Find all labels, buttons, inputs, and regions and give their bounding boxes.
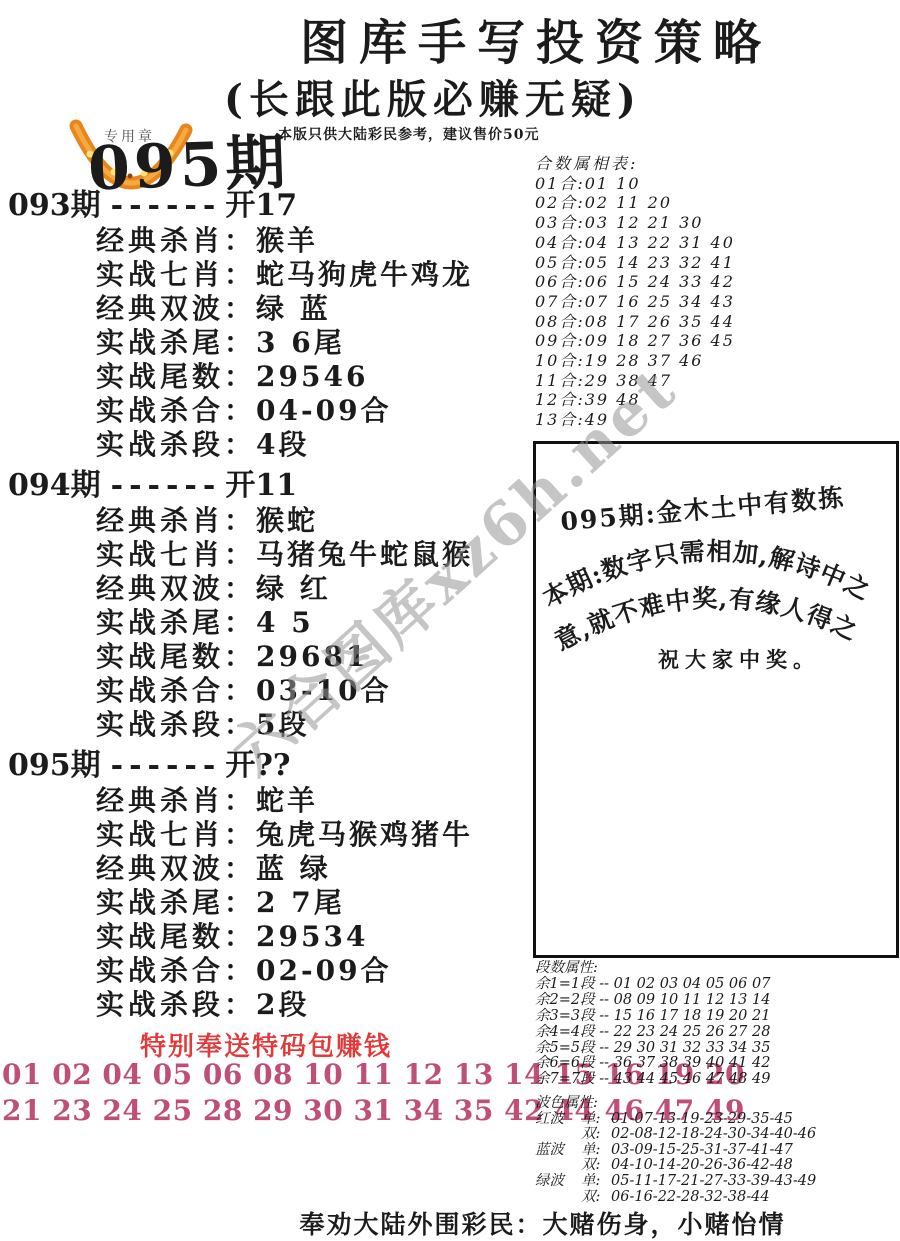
row-label: 实战杀段： (96, 428, 256, 461)
wave-table-row: 红波单:01-07-13-19-23-29-35-45 (535, 1112, 895, 1128)
row-value: 绿 蓝 (256, 292, 331, 325)
wave-parity: 单: (581, 1143, 611, 1159)
wave-table-row: 双:06-16-22-28-32-38-44 (535, 1190, 895, 1206)
row-value: 绿 红 (256, 572, 331, 605)
wave-name (535, 1158, 581, 1174)
period-row: 实战七肖：蛇马狗虎牛鸡龙 (96, 258, 532, 292)
row-label: 实战尾数： (96, 360, 256, 393)
row-value: 蓝 绿 (256, 852, 331, 885)
row-label: 实战杀合： (96, 674, 256, 707)
period-row: 实战七肖：兔虎马猴鸡猪牛 (96, 818, 532, 852)
wave-name: 绿波 (535, 1174, 581, 1190)
sum-table-row: 09合:09 18 27 36 45 (535, 331, 895, 351)
wish-text: 祝大家中奖。 (658, 644, 820, 674)
sum-table-row: 04合:04 13 22 31 40 (535, 233, 895, 253)
wave-color-table: 波色属性: 红波单:01-07-13-19-23-29-35-45 双:02-0… (535, 1096, 895, 1205)
period-block-094: 094期------开11 经典杀肖：猴蛇 实战七肖：马猪兔牛蛇鼠猴 经典双波：… (8, 468, 532, 742)
page-notice: 本版只供大陆彩民参考，建议售价50元 (278, 124, 539, 144)
row-label: 实战杀段： (96, 708, 256, 741)
period-no: 094期 (8, 468, 101, 503)
period-row: 实战杀段：4段 (96, 428, 532, 462)
period-row: 实战杀尾：3 6尾 (96, 326, 532, 360)
row-value: 04-09合 (256, 394, 392, 427)
periods-column: 093期------开17 经典杀肖：猴羊 实战七肖：蛇马狗虎牛鸡龙 经典双波：… (8, 188, 532, 1028)
sum-table-row: 01合:01 10 (535, 174, 895, 194)
row-value: 29546 (256, 360, 368, 393)
wave-name: 红波 (535, 1112, 581, 1128)
wave-numbers: 05-11-17-21-27-33-39-43-49 (611, 1174, 816, 1190)
row-value: 4 5 (256, 606, 314, 639)
period-row: 经典双波：绿 红 (96, 572, 532, 606)
sum-table-title: 合数属相表: (535, 154, 895, 174)
period-row: 实战杀合：04-09合 (96, 394, 532, 428)
row-label: 实战尾数： (96, 920, 256, 953)
segment-table-row: 余3=3段 -- 15 16 17 18 19 20 21 (535, 1009, 895, 1025)
sum-table-row: 13合:49 (535, 410, 895, 430)
wave-table-row: 双:04-10-14-20-26-36-42-48 (535, 1158, 895, 1174)
wave-numbers: 06-16-22-28-32-38-44 (611, 1190, 770, 1206)
wave-numbers: 03-09-15-25-31-37-41-47 (611, 1143, 793, 1159)
row-label: 经典双波： (96, 852, 256, 885)
row-label: 实战杀尾： (96, 886, 256, 919)
segment-table-row: 余1=1段 -- 01 02 03 04 05 06 07 (535, 977, 895, 993)
wave-name: 蓝波 (535, 1143, 581, 1159)
row-label: 实战杀尾： (96, 606, 256, 639)
wave-table-row: 蓝波单:03-09-15-25-31-37-41-47 (535, 1143, 895, 1159)
sum-zodiac-table: 合数属相表: 01合:01 10 02合:02 11 20 03合:03 12 … (535, 154, 895, 430)
row-value: 马猪兔牛蛇鼠猴 (256, 538, 473, 571)
row-label: 经典杀肖： (96, 504, 256, 537)
period-row: 经典杀肖：蛇羊 (96, 784, 532, 818)
period-no: 093期 (8, 188, 101, 223)
row-label: 经典杀肖： (96, 784, 256, 817)
period-row: 实战杀尾：2 7尾 (96, 886, 532, 920)
row-value: 4段 (256, 428, 309, 461)
period-row: 实战杀合：02-09合 (96, 954, 532, 988)
period-row: 实战杀合：03-10合 (96, 674, 532, 708)
period-row: 实战七肖：马猪兔牛蛇鼠猴 (96, 538, 532, 572)
sum-table-row: 12合:39 48 (535, 390, 895, 410)
period-dashes: ------ (111, 748, 222, 783)
sum-table-row: 11合:29 38 47 (535, 371, 895, 391)
period-row: 经典双波：绿 蓝 (96, 292, 532, 326)
segment-table-row: 余7=7段 -- 43 44 45 46 47 48 49 (535, 1072, 895, 1088)
row-label: 经典双波： (96, 572, 256, 605)
row-label: 经典双波： (96, 292, 256, 325)
period-row: 实战尾数：29681 (96, 640, 532, 674)
period-row: 经典杀肖：猴羊 (96, 224, 532, 258)
row-value: 29534 (256, 920, 368, 953)
wave-parity: 单: (581, 1174, 611, 1190)
row-label: 实战七肖： (96, 538, 256, 571)
current-issue-number: 095期 (87, 115, 291, 208)
wave-parity: 单: (581, 1112, 611, 1128)
wave-table-row: 绿波单:05-11-17-21-27-33-39-43-49 (535, 1174, 895, 1190)
period-header: 095期------开?? (8, 748, 532, 784)
row-label: 经典杀肖： (96, 224, 256, 257)
segment-table-row: 余2=2段 -- 08 09 10 11 12 13 14 (535, 993, 895, 1009)
period-result: 开?? (225, 748, 290, 783)
sum-table-row: 03合:03 12 21 30 (535, 213, 895, 233)
period-row: 实战杀段：5段 (96, 708, 532, 742)
segment-attribute-table: 段数属性: 余1=1段 -- 01 02 03 04 05 06 07 余2=2… (535, 961, 895, 1088)
hint-box: 本期:数字只需相加,解诗中之 意,就不难中奖,有缘人得之 095期:金木土中有数… (533, 441, 899, 958)
period-row: 经典杀肖：猴蛇 (96, 504, 532, 538)
sum-table-row: 07合:07 16 25 34 43 (535, 292, 895, 312)
segment-table-row: 余6=6段 -- 36 37 38 39 40 41 42 (535, 1056, 895, 1072)
row-label: 实战杀合： (96, 954, 256, 987)
period-row: 实战杀尾：4 5 (96, 606, 532, 640)
row-label: 实战杀合： (96, 394, 256, 427)
row-value: 2 7尾 (256, 886, 345, 919)
period-no: 095期 (8, 748, 101, 783)
sum-table-row: 02合:02 11 20 (535, 193, 895, 213)
wave-parity: 双: (581, 1127, 611, 1143)
wave-parity: 双: (581, 1158, 611, 1174)
period-row: 经典双波：蓝 绿 (96, 852, 532, 886)
row-value: 03-10合 (256, 674, 392, 707)
row-value: 猴羊 (256, 224, 318, 257)
sum-table-row: 06合:06 15 24 33 42 (535, 272, 895, 292)
row-label: 实战尾数： (96, 640, 256, 673)
period-block-093: 093期------开17 经典杀肖：猴羊 实战七肖：蛇马狗虎牛鸡龙 经典双波：… (8, 188, 532, 462)
sum-table-row: 05合:05 14 23 32 41 (535, 253, 895, 273)
lottery-tip-sheet: 六合图库xz6h.net 图库手写投资策略 (长跟此版必赚无疑) 本版只供大陆彩… (0, 0, 900, 1241)
row-value: 蛇羊 (256, 784, 318, 817)
advice-footer: 奉劝大陆外围彩民：大赌伤身，小赌怡情 (185, 1205, 900, 1241)
period-dashes: ------ (111, 468, 222, 503)
row-label: 实战杀段： (96, 988, 256, 1021)
wave-numbers: 04-10-14-20-26-36-42-48 (611, 1158, 793, 1174)
wave-table-row: 双:02-08-12-18-24-30-34-40-46 (535, 1127, 895, 1143)
row-value: 2段 (256, 988, 309, 1021)
wave-name (535, 1127, 581, 1143)
page-title: 图库手写投资策略 (300, 4, 820, 73)
wave-name (535, 1190, 581, 1206)
sum-table-row: 08合:08 17 26 35 44 (535, 312, 895, 332)
period-row: 实战尾数：29534 (96, 920, 532, 954)
wave-numbers: 01-07-13-19-23-29-35-45 (611, 1112, 793, 1128)
period-row: 实战尾数：29546 (96, 360, 532, 394)
wave-table-title: 波色属性: (535, 1096, 895, 1112)
row-value: 蛇马狗虎牛鸡龙 (256, 258, 473, 291)
period-row: 实战杀段：2段 (96, 988, 532, 1022)
gift-numbers-line-2: 21 23 24 25 28 29 30 31 34 35 42 44 46 4… (2, 1094, 530, 1127)
row-value: 5段 (256, 708, 309, 741)
period-block-095: 095期------开?? 经典杀肖：蛇羊 实战七肖：兔虎马猴鸡猪牛 经典双波：… (8, 748, 532, 1022)
wave-numbers: 02-08-12-18-24-30-34-40-46 (611, 1127, 816, 1143)
period-header: 094期------开11 (8, 468, 532, 504)
row-label: 实战七肖： (96, 258, 256, 291)
period-result: 开11 (225, 468, 297, 503)
sum-table-row: 10合:19 28 37 46 (535, 351, 895, 371)
row-value: 29681 (256, 640, 368, 673)
segment-table-title: 段数属性: (535, 961, 895, 977)
gift-numbers-line-1: 01 02 04 05 06 08 10 11 12 13 14 15 16 1… (2, 1058, 530, 1091)
row-value: 3 6尾 (256, 326, 345, 359)
wave-parity: 双: (581, 1190, 611, 1206)
row-label: 实战七肖： (96, 818, 256, 851)
row-value: 猴蛇 (256, 504, 318, 537)
row-value: 02-09合 (256, 954, 392, 987)
row-value: 兔虎马猴鸡猪牛 (256, 818, 473, 851)
segment-table-row: 余4=4段 -- 22 23 24 25 26 27 28 (535, 1025, 895, 1041)
row-label: 实战杀尾： (96, 326, 256, 359)
